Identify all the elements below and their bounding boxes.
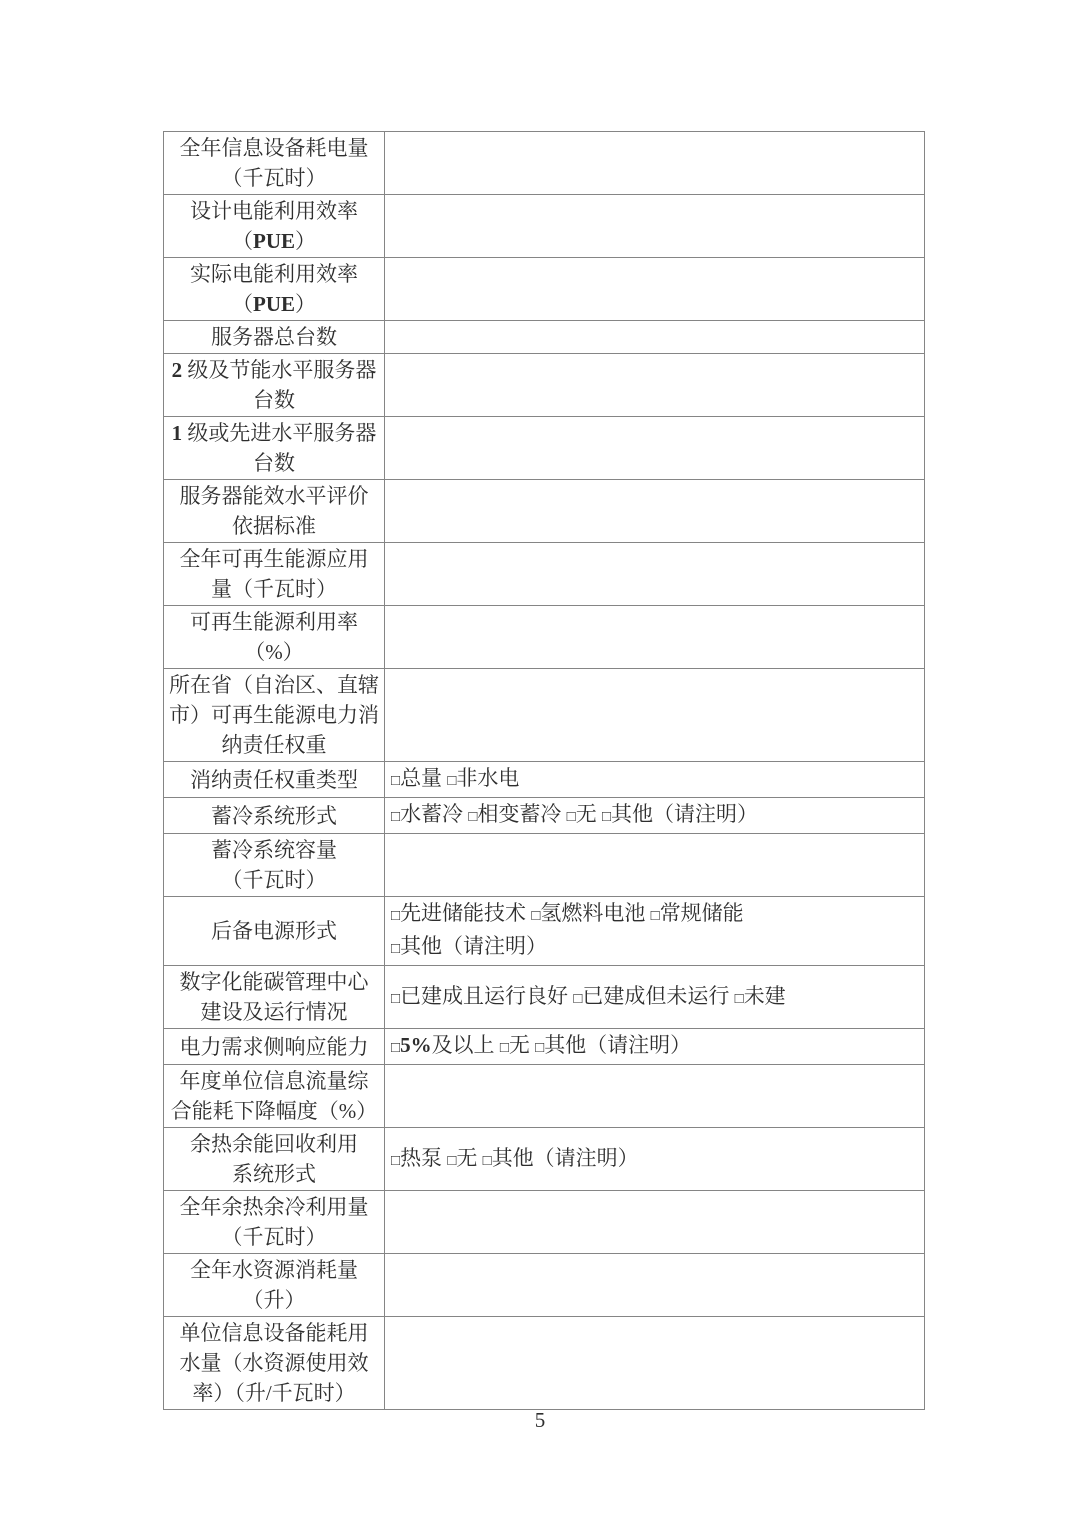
table-row: 设计电能利用效率 （PUE）	[164, 195, 925, 258]
row-label: 2 级及节能水平服务器 台数	[164, 354, 385, 417]
checkbox-icon[interactable]: □	[500, 1040, 509, 1056]
row-value-input[interactable]	[385, 606, 925, 669]
row-label: 1 级或先进水平服务器 台数	[164, 417, 385, 480]
row-label: 可再生能源利用率 （%）	[164, 606, 385, 669]
row-label: 蓄冷系统容量 （千瓦时）	[164, 834, 385, 897]
table-row: 实际电能利用效率 （PUE）	[164, 258, 925, 321]
row-label: 消纳责任权重类型	[164, 762, 385, 798]
table-row: 数字化能碳管理中心 建设及运行情况□已建成且运行良好 □已建成但未运行 □未建	[164, 966, 925, 1029]
row-value-input[interactable]	[385, 321, 925, 354]
checkbox-icon[interactable]: □	[531, 908, 540, 924]
table-row: 所在省（自治区、直辖 市）可再生能源电力消 纳责任权重	[164, 669, 925, 762]
checkbox-icon[interactable]: □	[468, 809, 477, 825]
energy-form-table: 全年信息设备耗电量 （千瓦时）设计电能利用效率 （PUE）实际电能利用效率 （P…	[163, 131, 925, 1410]
checkbox-icon[interactable]: □	[391, 809, 400, 825]
row-label: 全年水资源消耗量 （升）	[164, 1254, 385, 1317]
row-value-input[interactable]	[385, 1317, 925, 1410]
checkbox-icon[interactable]: □	[391, 941, 400, 957]
row-label: 年度单位信息流量综 合能耗下降幅度（%）	[164, 1065, 385, 1128]
row-value-input[interactable]	[385, 1065, 925, 1128]
page-number: 5	[0, 1408, 1080, 1433]
row-value-input[interactable]	[385, 543, 925, 606]
table-row: 服务器能效水平评价 依据标准	[164, 480, 925, 543]
table-row: 电力需求侧响应能力□5%及以上 □无 □其他（请注明）	[164, 1029, 925, 1065]
row-value-options[interactable]: □热泵 □无 □其他（请注明）	[385, 1128, 925, 1191]
checkbox-icon[interactable]: □	[391, 991, 400, 1007]
row-label: 数字化能碳管理中心 建设及运行情况	[164, 966, 385, 1029]
table-row: 可再生能源利用率 （%）	[164, 606, 925, 669]
table-row: 全年水资源消耗量 （升）	[164, 1254, 925, 1317]
row-label: 余热余能回收利用 系统形式	[164, 1128, 385, 1191]
row-label: 全年可再生能源应用 量（千瓦时）	[164, 543, 385, 606]
row-value-input[interactable]	[385, 1191, 925, 1254]
checkbox-icon[interactable]: □	[391, 1040, 400, 1056]
checkbox-icon[interactable]: □	[602, 809, 611, 825]
row-value-input[interactable]	[385, 354, 925, 417]
row-label: 蓄冷系统形式	[164, 798, 385, 834]
table-row: 全年信息设备耗电量 （千瓦时）	[164, 132, 925, 195]
form-table-body: 全年信息设备耗电量 （千瓦时）设计电能利用效率 （PUE）实际电能利用效率 （P…	[164, 132, 925, 1410]
row-label: 全年余热余冷利用量 （千瓦时）	[164, 1191, 385, 1254]
table-row: 年度单位信息流量综 合能耗下降幅度（%）	[164, 1065, 925, 1128]
checkbox-icon[interactable]: □	[567, 809, 576, 825]
row-value-options[interactable]: □已建成且运行良好 □已建成但未运行 □未建	[385, 966, 925, 1029]
row-value-input[interactable]	[385, 417, 925, 480]
row-value-input[interactable]	[385, 195, 925, 258]
checkbox-icon[interactable]: □	[535, 1040, 544, 1056]
row-label: 服务器总台数	[164, 321, 385, 354]
latin-text: PUE	[253, 229, 295, 253]
row-label: 服务器能效水平评价 依据标准	[164, 480, 385, 543]
checkbox-icon[interactable]: □	[391, 1153, 400, 1169]
table-row: 蓄冷系统容量 （千瓦时）	[164, 834, 925, 897]
latin-text: 5%	[400, 1033, 432, 1057]
row-label: 后备电源形式	[164, 897, 385, 966]
table-row: 后备电源形式□先进储能技术 □氢燃料电池 □常规储能 □其他（请注明）	[164, 897, 925, 966]
table-row: 服务器总台数	[164, 321, 925, 354]
row-value-input[interactable]	[385, 669, 925, 762]
row-label: 电力需求侧响应能力	[164, 1029, 385, 1065]
table-row: 1 级或先进水平服务器 台数	[164, 417, 925, 480]
row-value-options[interactable]: □先进储能技术 □氢燃料电池 □常规储能 □其他（请注明）	[385, 897, 925, 966]
table-row: 单位信息设备能耗用 水量（水资源使用效 率）（升/千瓦时）	[164, 1317, 925, 1410]
row-value-input[interactable]	[385, 480, 925, 543]
latin-text: 1	[172, 421, 183, 445]
latin-text: PUE	[253, 292, 295, 316]
row-value-input[interactable]	[385, 132, 925, 195]
row-value-options[interactable]: □5%及以上 □无 □其他（请注明）	[385, 1029, 925, 1065]
row-value-input[interactable]	[385, 1254, 925, 1317]
checkbox-icon[interactable]: □	[391, 773, 400, 789]
checkbox-icon[interactable]: □	[391, 908, 400, 924]
table-row: 蓄冷系统形式□水蓄冷 □相变蓄冷 □无 □其他（请注明）	[164, 798, 925, 834]
row-label: 单位信息设备能耗用 水量（水资源使用效 率）（升/千瓦时）	[164, 1317, 385, 1410]
checkbox-icon[interactable]: □	[573, 991, 582, 1007]
table-row: 2 级及节能水平服务器 台数	[164, 354, 925, 417]
row-value-input[interactable]	[385, 834, 925, 897]
row-label: 实际电能利用效率 （PUE）	[164, 258, 385, 321]
checkbox-icon[interactable]: □	[447, 773, 456, 789]
row-value-options[interactable]: □水蓄冷 □相变蓄冷 □无 □其他（请注明）	[385, 798, 925, 834]
row-label: 设计电能利用效率 （PUE）	[164, 195, 385, 258]
row-value-options[interactable]: □总量 □非水电	[385, 762, 925, 798]
table-row: 余热余能回收利用 系统形式□热泵 □无 □其他（请注明）	[164, 1128, 925, 1191]
latin-text: 2	[172, 358, 183, 382]
checkbox-icon[interactable]: □	[735, 991, 744, 1007]
checkbox-icon[interactable]: □	[483, 1153, 492, 1169]
document-page: 全年信息设备耗电量 （千瓦时）设计电能利用效率 （PUE）实际电能利用效率 （P…	[0, 0, 1080, 1526]
checkbox-icon[interactable]: □	[651, 908, 660, 924]
table-row: 全年可再生能源应用 量（千瓦时）	[164, 543, 925, 606]
row-label: 全年信息设备耗电量 （千瓦时）	[164, 132, 385, 195]
row-label: 所在省（自治区、直辖 市）可再生能源电力消 纳责任权重	[164, 669, 385, 762]
table-row: 全年余热余冷利用量 （千瓦时）	[164, 1191, 925, 1254]
table-row: 消纳责任权重类型□总量 □非水电	[164, 762, 925, 798]
checkbox-icon[interactable]: □	[447, 1153, 456, 1169]
row-value-input[interactable]	[385, 258, 925, 321]
